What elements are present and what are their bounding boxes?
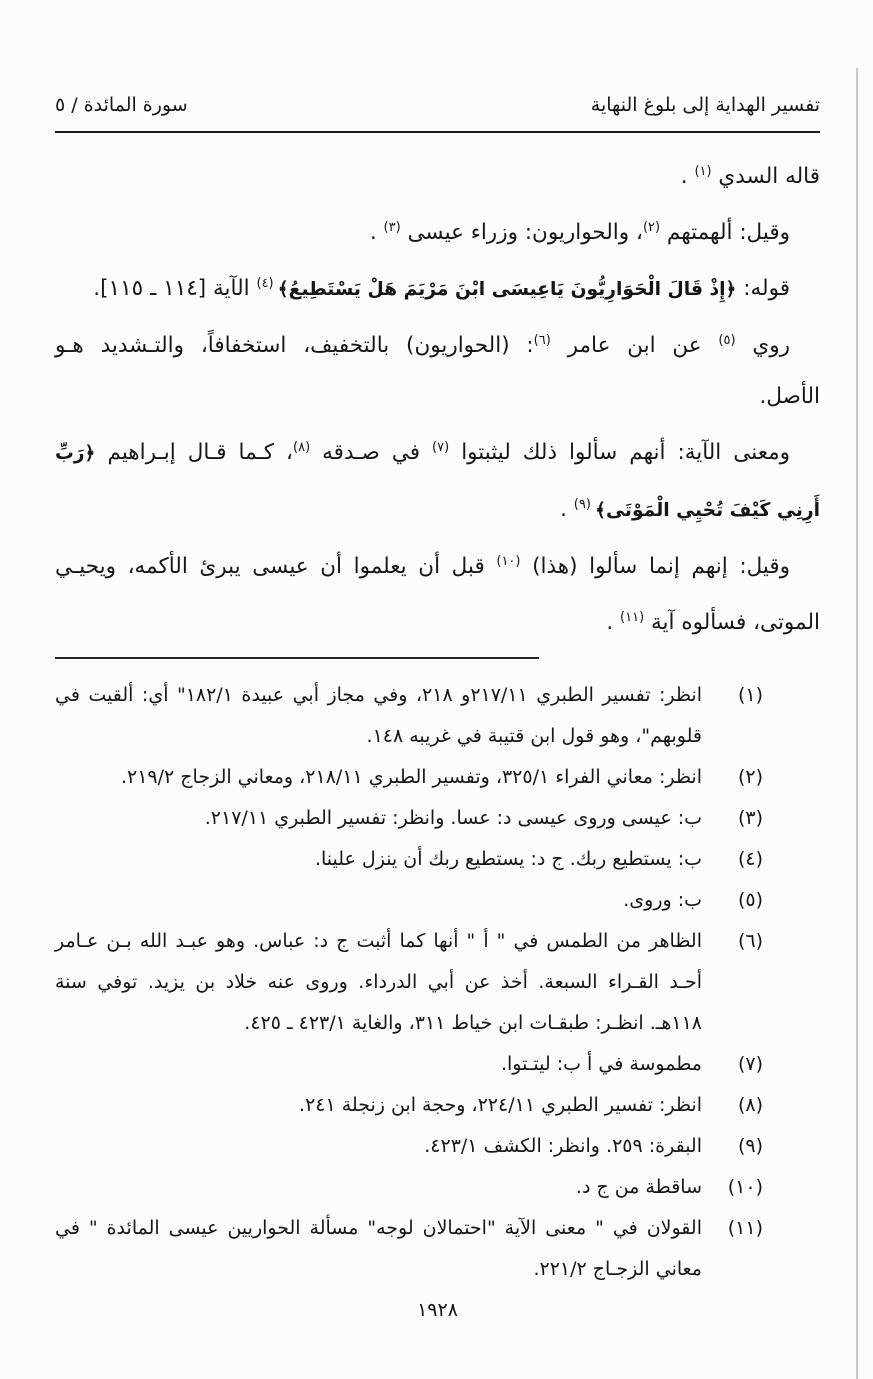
- footnote-item: (٣)ب: عيسى وروى عيسى د: عسا. وانظر: تفسي…: [55, 798, 820, 839]
- page-number: ١٩٢٨: [55, 1299, 820, 1321]
- footnote-number: (٦): [713, 921, 763, 1044]
- footnote-number: (٥): [713, 880, 763, 921]
- footnote-text: ساقطة من ج د.: [55, 1167, 702, 1208]
- footnote-item: (٤)ب: يستطيع ربك. ج د: يستطيع ربك أن ينز…: [55, 839, 820, 880]
- text-segment: روي: [736, 333, 790, 358]
- footnote-ref: (٥): [718, 333, 735, 348]
- text-line: قوله: ﴿إِذْ قَالَ الْحَوَارِيُّونَ يَاعِ…: [55, 258, 820, 315]
- text-segment: الآية [١١٤ ـ ١١٥].: [93, 276, 256, 301]
- footnote-ref: (١٠): [496, 554, 520, 569]
- page-header: تفسير الهداية إلى بلوغ النهاية سورة الما…: [55, 90, 820, 133]
- text-segment: .: [560, 497, 574, 522]
- footnote-text: الظاهر من الطمس في " أ " أنها كما أثبت ج…: [55, 921, 702, 1044]
- footnote-number: (٧): [713, 1044, 763, 1085]
- footnote-item: (٥)ب: وروى.: [55, 880, 820, 921]
- footnote-ref: (٢): [643, 220, 660, 235]
- text-segment: عن ابن عامر: [551, 333, 719, 358]
- text-segment: الأصل.: [760, 384, 820, 409]
- text-segment: في صـدقه: [310, 440, 432, 465]
- footnote-ref: (٨): [293, 440, 310, 455]
- footnote-item: (٨)انظر: تفسير الطبري ٢٢٤/١١، وحجة ابن ز…: [55, 1085, 820, 1126]
- text-segment: ، والحواريون: وزراء عيسى: [401, 220, 643, 245]
- scan-edge-line: [856, 68, 858, 1379]
- footnotes-list: (١)انظر: تفسير الطبري ٢١٧/١١و ٢١٨، وفي م…: [55, 675, 820, 1290]
- footnote-number: (٩): [713, 1126, 763, 1167]
- text-line: وقيل: إنهم إنما سألوا (هذا) (١٠) قبل أن …: [55, 536, 820, 592]
- footnote-ref: (٣): [384, 220, 401, 235]
- text-segment: قبل أن يعلموا أن عيسى يبرئ الأكمه، ويحيـ…: [55, 554, 496, 579]
- text-segment: الموتى، فسألوه آية: [644, 610, 820, 635]
- text-segment: .: [606, 610, 620, 635]
- quran-verse: ﴿رَبِّ: [55, 443, 96, 464]
- footnote-text: انظر: معاني الفراء ٣٢٥/١، وتفسير الطبري …: [55, 757, 702, 798]
- footnote-number: (١): [713, 675, 763, 757]
- footnote-item: (١)انظر: تفسير الطبري ٢١٧/١١و ٢١٨، وفي م…: [55, 675, 820, 757]
- footnote-ref: (٤): [256, 276, 277, 291]
- footnote-item: (١٠)ساقطة من ج د.: [55, 1167, 820, 1208]
- quran-verse: ﴿إِذْ قَالَ الْحَوَارِيُّونَ يَاعِيسَى ا…: [278, 279, 737, 300]
- footnote-ref: (٧): [432, 440, 449, 455]
- text-line: قاله السدي (١) .: [55, 146, 820, 202]
- book-page: تفسير الهداية إلى بلوغ النهاية سورة الما…: [0, 0, 873, 1379]
- footnote-text: انظر: تفسير الطبري ٢٢٤/١١، وحجة ابن زنجل…: [55, 1085, 702, 1126]
- text-segment: قوله:: [736, 276, 790, 301]
- text-segment: .: [681, 164, 695, 189]
- footnote-number: (٨): [713, 1085, 763, 1126]
- text-segment: ومعنى الآية: أنهم سألوا ذلك ليثبتوا: [449, 440, 790, 465]
- text-line: ومعنى الآية: أنهم سألوا ذلك ليثبتوا (٧) …: [55, 422, 820, 479]
- footnote-number: (١١): [713, 1208, 763, 1290]
- footnote-text: ب: عيسى وروى عيسى د: عسا. وانظر: تفسير ا…: [55, 798, 702, 839]
- footnote-text: انظر: تفسير الطبري ٢١٧/١١و ٢١٨، وفي مجاز…: [55, 675, 702, 757]
- text-line: أَرِنِي كَيْفَ تُحْيِي الْمَوْتَى﴾ (٩) .: [55, 479, 820, 536]
- footnote-ref: (٩): [574, 497, 595, 512]
- footnote-text: ب: وروى.: [55, 880, 702, 921]
- footnote-item: (٧)مطموسة في أ ب: ليتـتوا.: [55, 1044, 820, 1085]
- text-segment: .: [370, 220, 384, 245]
- footnote-item: (٦)الظاهر من الطمس في " أ " أنها كما أثب…: [55, 921, 820, 1044]
- text-segment: وقيل: إنهم إنما سألوا (هذا): [520, 554, 790, 579]
- text-line: روي (٥) عن ابن عامر (٦): (الحواريون) بال…: [55, 315, 820, 371]
- footnote-ref: (٦): [534, 333, 551, 348]
- text-line: الأصل.: [55, 371, 820, 422]
- footnote-text: البقرة: ٢٥٩. وانظر: الكشف ٤٢٣/١.: [55, 1126, 702, 1167]
- footnote-item: (٢)انظر: معاني الفراء ٣٢٥/١، وتفسير الطب…: [55, 757, 820, 798]
- text-segment: : (الحواريون) بالتخفيف، استخفافاً، والتـ…: [55, 333, 534, 358]
- footnote-ref: (١١): [620, 610, 644, 625]
- page-content: تفسير الهداية إلى بلوغ النهاية سورة الما…: [0, 0, 873, 1321]
- footnote-item: (٩)البقرة: ٢٥٩. وانظر: الكشف ٤٢٣/١.: [55, 1126, 820, 1167]
- footnote-number: (١٠): [713, 1167, 763, 1208]
- footnote-text: ب: يستطيع ربك. ج د: يستطيع ربك أن ينزل ع…: [55, 839, 702, 880]
- text-line: وقيل: ألهمتهم (٢)، والحواريون: وزراء عيس…: [55, 202, 820, 258]
- text-segment: وقيل: ألهمتهم: [660, 220, 790, 245]
- surah-page-ref: سورة المائدة / ٥: [55, 90, 188, 120]
- main-text: قاله السدي (١) .وقيل: ألهمتهم (٢)، والحو…: [55, 146, 820, 648]
- footnote-separator: [55, 657, 539, 659]
- footnote-number: (٢): [713, 757, 763, 798]
- text-line: الموتى، فسألوه آية (١١) .: [55, 592, 820, 648]
- text-segment: ، كـما قـال إبـراهيم: [96, 440, 294, 465]
- text-segment: قاله السدي: [712, 164, 820, 189]
- quran-verse: أَرِنِي كَيْفَ تُحْيِي الْمَوْتَى﴾: [595, 500, 820, 521]
- footnote-number: (٤): [713, 839, 763, 880]
- book-title: تفسير الهداية إلى بلوغ النهاية: [591, 90, 820, 120]
- footnote-item: (١١)القولان في " معنى الآية "احتمالان لو…: [55, 1208, 820, 1290]
- footnote-number: (٣): [713, 798, 763, 839]
- footnote-text: القولان في " معنى الآية "احتمالان لوجه" …: [55, 1208, 702, 1290]
- footnote-ref: (١): [694, 164, 711, 179]
- footnote-text: مطموسة في أ ب: ليتـتوا.: [55, 1044, 702, 1085]
